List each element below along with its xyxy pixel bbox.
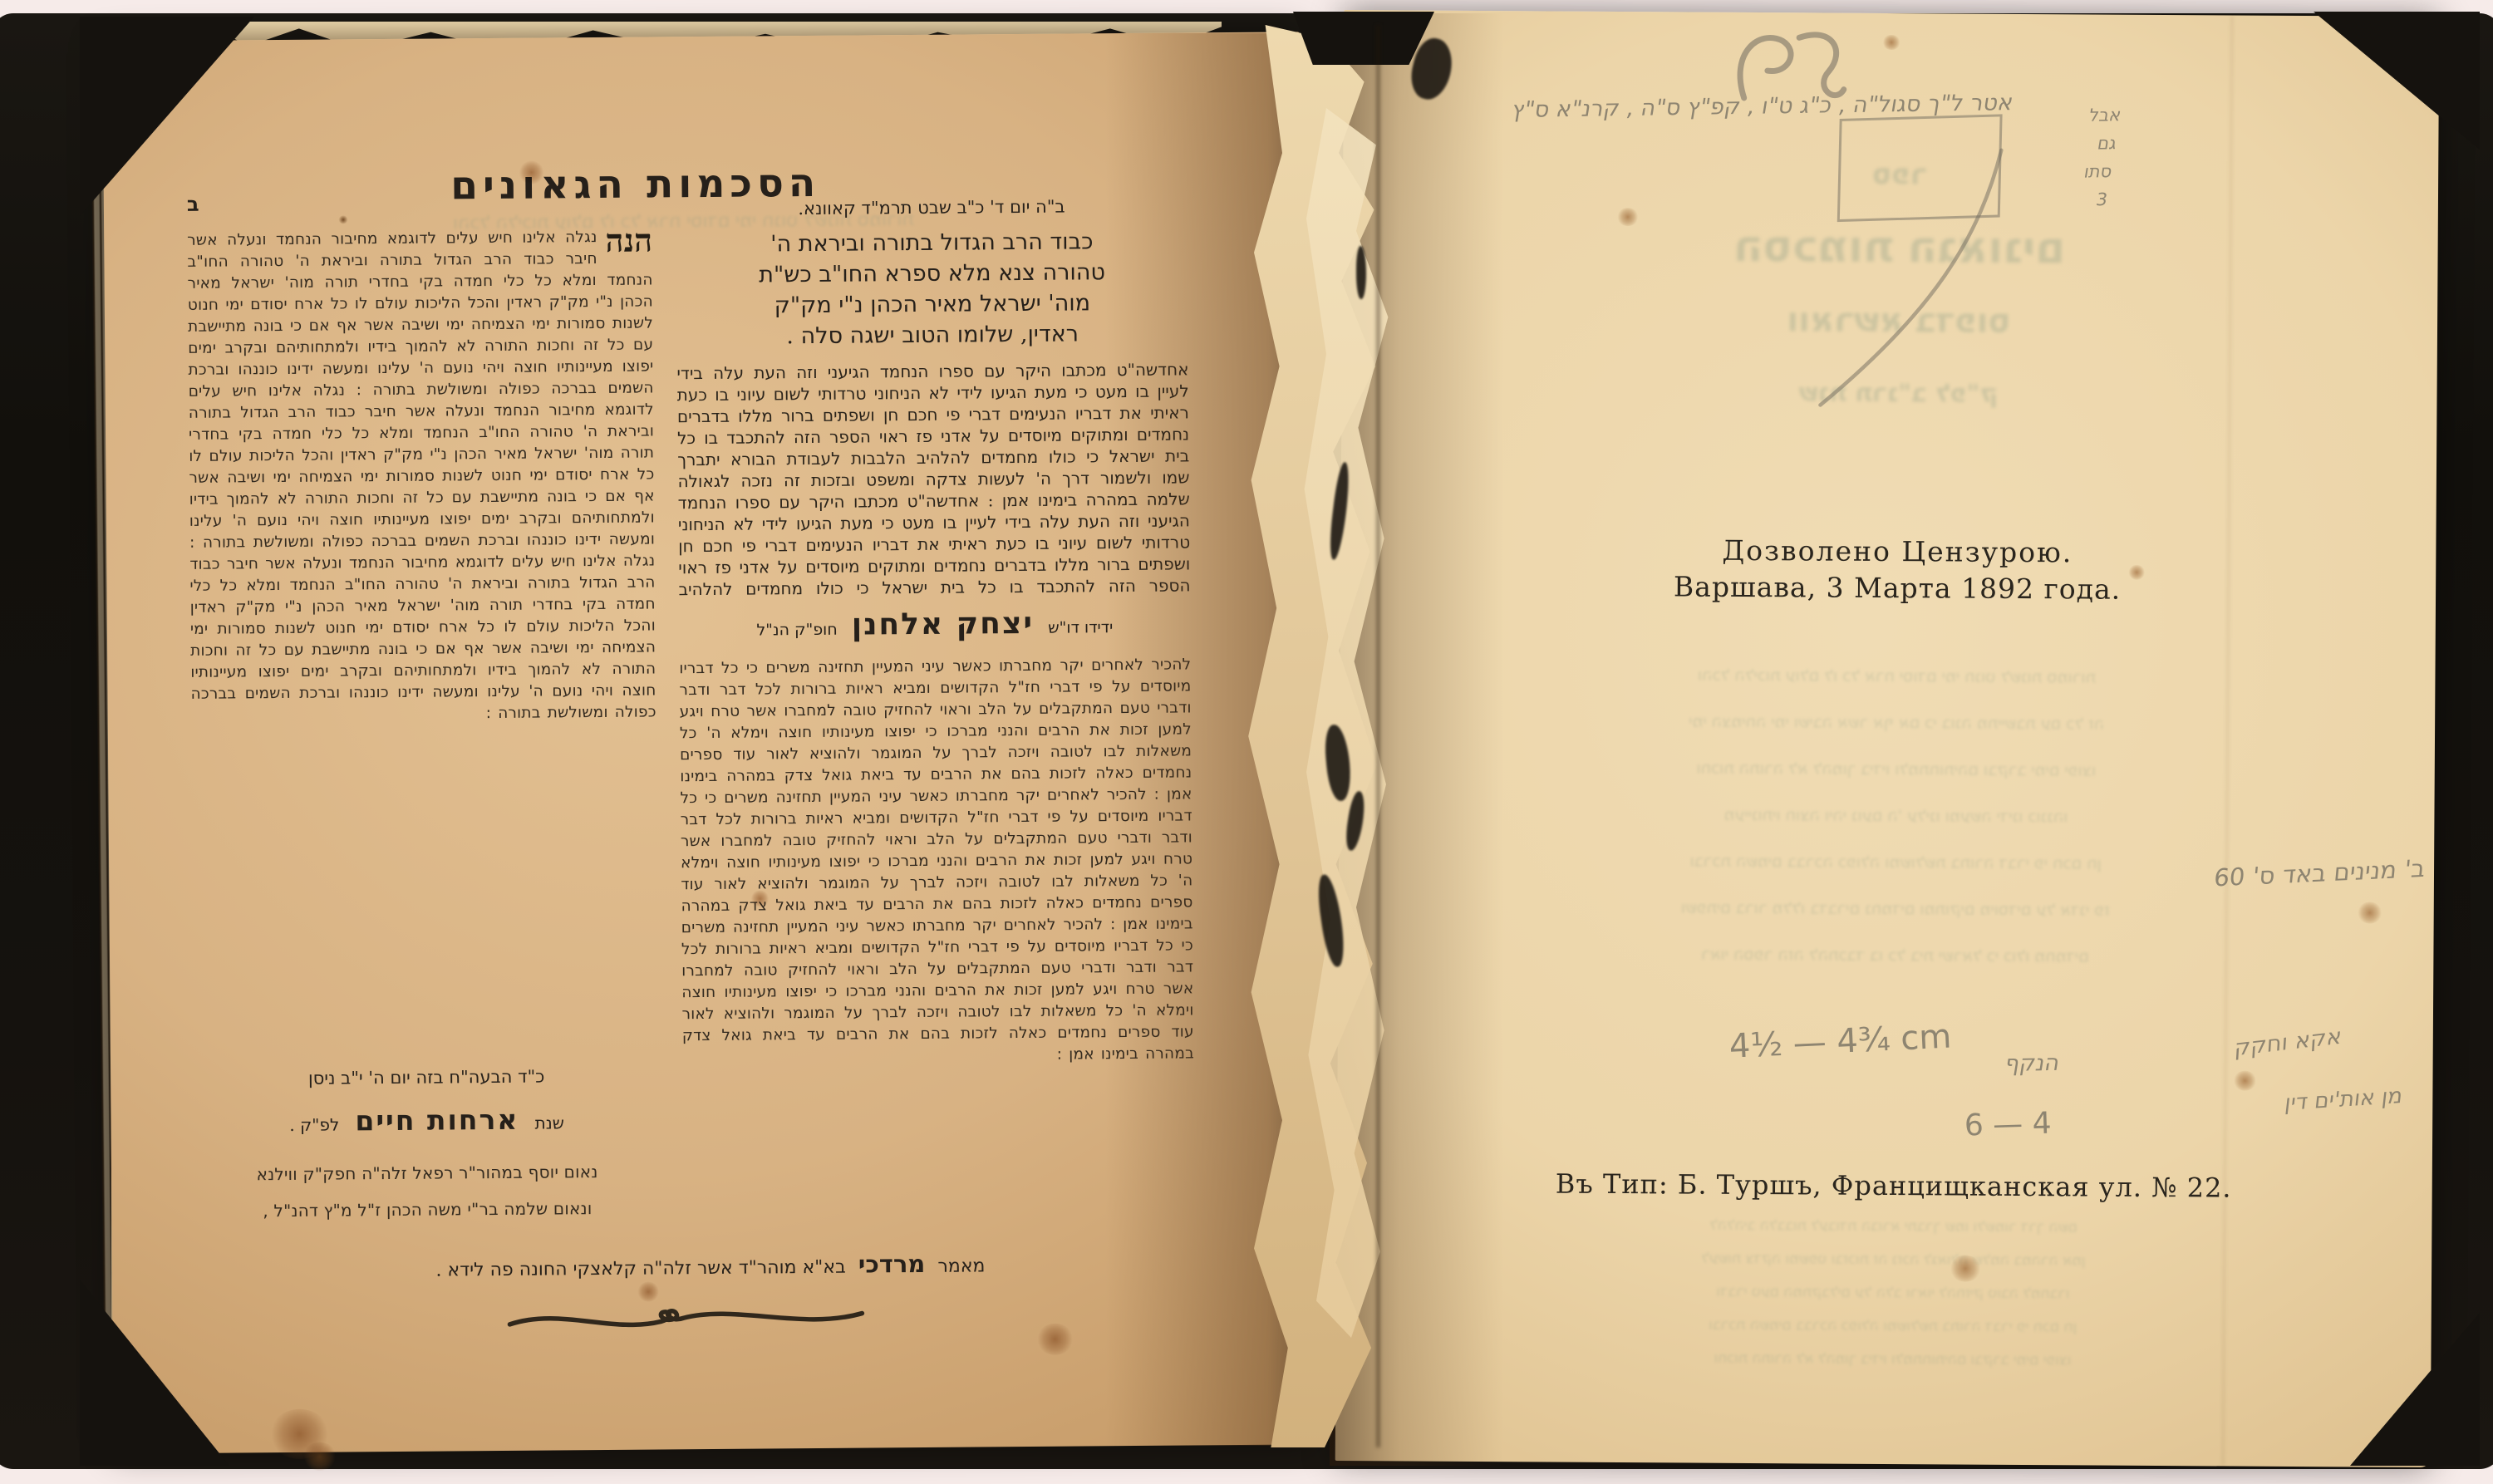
stain bbox=[2128, 565, 2145, 580]
printer-imprint-line: Въ Тип: Б. Туршъ, Францищканская ул. № 2… bbox=[1487, 1167, 2301, 1204]
bottom-rest: בא"א מוהר"ד אשר זלה"ה קלאצקי החונה פה לי… bbox=[435, 1257, 846, 1281]
pencil-6-4-words: מן אות'ים דין bbox=[2116, 1084, 2404, 1127]
pencil-6-4: 6 — 4 bbox=[1964, 1107, 2052, 1143]
year-chronogram: ארחות חיים bbox=[355, 1103, 519, 1138]
stain bbox=[750, 890, 769, 907]
stain bbox=[1882, 35, 1900, 50]
stain bbox=[1037, 1324, 1074, 1355]
signer-line-1: נאום יוסף במהור"ר רפאל זלה"ה חפק"ק ווילנ… bbox=[194, 1160, 660, 1185]
signature-yitzchak-elchanan: יצחק אלחנן bbox=[852, 606, 1035, 642]
book-spread-photo: ב הסכמות הגאונים והכל הליכות עולם לו כל … bbox=[0, 0, 2493, 1484]
year-prefix: שנת bbox=[534, 1113, 564, 1133]
gutter-crease bbox=[1376, 25, 1380, 1447]
bottom-prefix: מאמר bbox=[937, 1256, 985, 1276]
page-signature-letter: ב bbox=[187, 192, 199, 216]
pencil-margin-notes: אבל גם סתו 3 bbox=[2005, 101, 2123, 215]
stain bbox=[2233, 1071, 2256, 1091]
signature-suffix: חופ"ק הנ"ל bbox=[756, 621, 837, 640]
stain bbox=[1950, 1255, 1981, 1281]
date-line: כ"ד הבעה"ח בזה יום ה' י"ב ניסן bbox=[194, 1065, 659, 1088]
signer-line-2: ונאום שלמה בר"י משה הכהן ז"ל מ"ץ דהנ"ל , bbox=[194, 1197, 660, 1221]
stain bbox=[1617, 208, 1639, 226]
haskama-column-left: הנהנגלה אלינו חיש עלים לדוגמא מחיבור הנח… bbox=[187, 226, 659, 1050]
year-suffix: לפ"ק . bbox=[289, 1114, 339, 1134]
pencil-cm-measurement: 4½ — 4¾ cm bbox=[1728, 1017, 1952, 1065]
stain bbox=[519, 161, 543, 184]
censor-date-line: Варшава, 3 Марта 1892 года. bbox=[1623, 570, 2171, 606]
pencil-note-r2: אקא וחקק bbox=[2234, 1024, 2343, 1061]
bleedthrough-bottom-texture: להלהיב הלבבות לעבודת הבורא יתברך שמו ולש… bbox=[1460, 1207, 2325, 1378]
chronogram-year-line: שנת ארחות חיים לפ"ק . bbox=[194, 1102, 659, 1138]
pencil-curve bbox=[1807, 137, 2016, 421]
censor-permission-line: Дозволено Цензурою. bbox=[1623, 533, 2171, 569]
damage-mark bbox=[1356, 246, 1366, 299]
pencil-note-r1: הנקף bbox=[2004, 1050, 2062, 1077]
bottom-attribution-line: מאמר מרדכי בא"א מוהר"ד אשר זלה"ה קלאצקי … bbox=[420, 1249, 1001, 1281]
signature-prefix: ידידו דו"ש bbox=[1048, 618, 1113, 637]
stain bbox=[637, 1281, 659, 1301]
bottom-name-mordechai: מרדכי bbox=[858, 1250, 926, 1279]
haskama-body-text: נגלה אלינו חיש עלים לדוגמא מחיבור הנחמד … bbox=[187, 228, 656, 722]
pencil-scribble bbox=[1719, 19, 1853, 124]
stain bbox=[2358, 902, 2382, 923]
flourish-ornament bbox=[503, 1298, 868, 1342]
stain bbox=[338, 215, 348, 224]
opening-catchword: הנה bbox=[605, 226, 652, 254]
stain bbox=[303, 1442, 337, 1471]
bleedthrough-lines-texture: והכל הליכות עולם לו כל ארח יסודם ימי חנו… bbox=[1479, 651, 2312, 981]
